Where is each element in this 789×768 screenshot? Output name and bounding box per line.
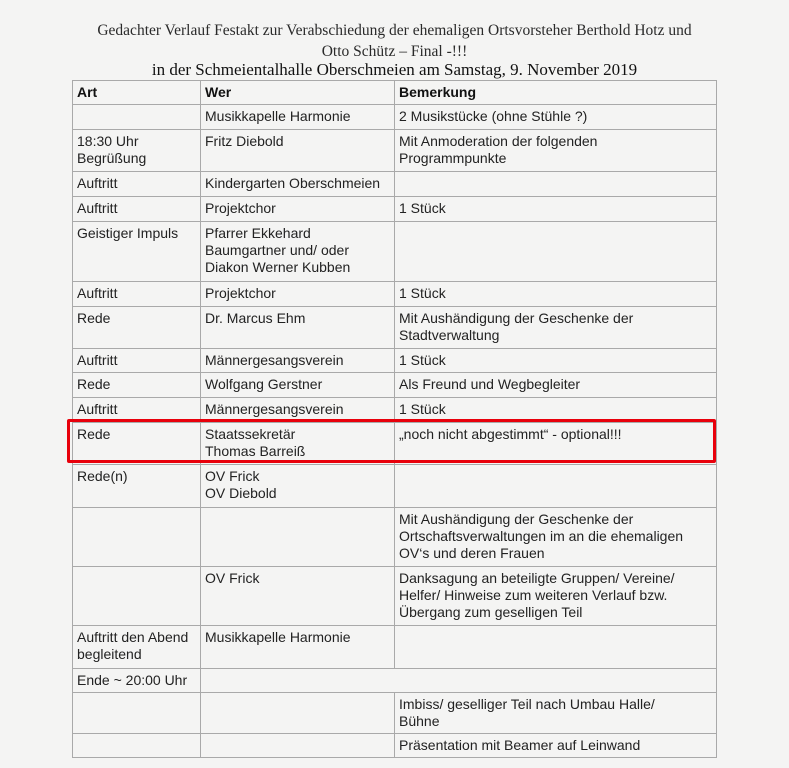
- cell-art: [73, 508, 201, 567]
- schedule-table: Art Wer Bemerkung Musikkapelle Harmonie …: [72, 80, 717, 758]
- cell-art: Auftritt: [73, 172, 201, 197]
- table-row: Auftritt Männergesangsverein 1 Stück: [73, 349, 717, 373]
- cell-wer: Männergesangsverein: [201, 398, 395, 423]
- cell-wer: Fritz Diebold: [201, 130, 395, 172]
- cell-bemerkung: [395, 172, 717, 197]
- cell-wer: Pfarrer Ekkehard Baumgartner und/ oder D…: [201, 222, 395, 282]
- cell-art: Rede: [73, 307, 201, 349]
- cell-wer: [201, 693, 395, 734]
- cell-bemerkung: 1 Stück: [395, 349, 717, 373]
- document-title-line-1: Gedachter Verlauf Festakt zur Verabschie…: [0, 22, 789, 40]
- cell-wer: Projektchor: [201, 197, 395, 222]
- cell-wer: OV Frick: [201, 567, 395, 626]
- table-row: Auftritt Projektchor 1 Stück: [73, 197, 717, 222]
- table-row: Musikkapelle Harmonie 2 Musikstücke (ohn…: [73, 105, 717, 130]
- cell-wer: Musikkapelle Harmonie: [201, 626, 395, 669]
- document-subtitle: in der Schmeientalhalle Oberschmeien am …: [0, 60, 789, 80]
- cell-bemerkung: [395, 222, 717, 282]
- table-row: Auftritt Projektchor 1 Stück: [73, 282, 717, 307]
- table-row: Ende ~ 20:00 Uhr: [73, 669, 717, 693]
- table-row: Rede Wolfgang Gerstner Als Freund und We…: [73, 373, 717, 398]
- cell-bemerkung: Imbiss/ geselliger Teil nach Umbau Halle…: [395, 693, 717, 734]
- cell-wer: [201, 508, 395, 567]
- header-wer: Wer: [201, 81, 395, 105]
- cell-art: Rede(n): [73, 465, 201, 508]
- cell-bemerkung: Danksagung an beteiligte Gruppen/ Verein…: [395, 567, 717, 626]
- cell-wer: Männergesangsverein: [201, 349, 395, 373]
- table-row: Auftritt Männergesangsverein 1 Stück: [73, 398, 717, 423]
- table-row: Auftritt den Abend begleitend Musikkapel…: [73, 626, 717, 669]
- cell-bemerkung: [395, 465, 717, 508]
- cell-bemerkung: 1 Stück: [395, 197, 717, 222]
- header-bemerkung: Bemerkung: [395, 81, 717, 105]
- cell-art: 18:30 Uhr Begrüßung: [73, 130, 201, 172]
- cell-art: Rede: [73, 373, 201, 398]
- cell-bemerkung: 2 Musikstücke (ohne Stühle ?): [395, 105, 717, 130]
- table-row: 18:30 Uhr Begrüßung Fritz Diebold Mit An…: [73, 130, 717, 172]
- cell-bemerkung: Als Freund und Wegbegleiter: [395, 373, 717, 398]
- cell-wer: OV Frick OV Diebold: [201, 465, 395, 508]
- table-row: Geistiger Impuls Pfarrer Ekkehard Baumga…: [73, 222, 717, 282]
- cell-wer: Staatssekretär Thomas Barreiß: [201, 423, 395, 465]
- cell-bemerkung: „noch nicht abgestimmt“ - optional!!!: [395, 423, 717, 465]
- cell-art: Auftritt: [73, 398, 201, 423]
- cell-bemerkung: 1 Stück: [395, 398, 717, 423]
- table-row: Imbiss/ geselliger Teil nach Umbau Halle…: [73, 693, 717, 734]
- cell-bemerkung: Mit Aushändigung der Geschenke der Ortsc…: [395, 508, 717, 567]
- cell-wer: Kindergarten Oberschmeien: [201, 172, 395, 197]
- cell-art: Auftritt: [73, 197, 201, 222]
- cell-wer: Projektchor: [201, 282, 395, 307]
- cell-bemerkung: Präsentation mit Beamer auf Leinwand: [395, 734, 717, 758]
- table-row: Rede(n) OV Frick OV Diebold: [73, 465, 717, 508]
- cell-art: Auftritt: [73, 349, 201, 373]
- document-title-line-2: Otto Schütz – Final -!!!: [0, 43, 789, 61]
- cell-art: Auftritt: [73, 282, 201, 307]
- cell-art: [73, 734, 201, 758]
- cell-wer: Wolfgang Gerstner: [201, 373, 395, 398]
- table-row: Mit Aushändigung der Geschenke der Ortsc…: [73, 508, 717, 567]
- cell-art: Ende ~ 20:00 Uhr: [73, 669, 201, 693]
- cell-art: [73, 105, 201, 130]
- cell-bemerkung: Mit Anmoderation der folgenden Programmp…: [395, 130, 717, 172]
- cell-wer: Dr. Marcus Ehm: [201, 307, 395, 349]
- cell-bemerkung: 1 Stück: [395, 282, 717, 307]
- cell-merged: [201, 669, 717, 693]
- table-row: Präsentation mit Beamer auf Leinwand: [73, 734, 717, 758]
- cell-art: Auftritt den Abend begleitend: [73, 626, 201, 669]
- table-row: OV Frick Danksagung an beteiligte Gruppe…: [73, 567, 717, 626]
- cell-bemerkung: Mit Aushändigung der Geschenke der Stadt…: [395, 307, 717, 349]
- cell-art: Rede: [73, 423, 201, 465]
- cell-art: [73, 693, 201, 734]
- cell-wer: Musikkapelle Harmonie: [201, 105, 395, 130]
- table-header-row: Art Wer Bemerkung: [73, 81, 717, 105]
- cell-bemerkung: [395, 626, 717, 669]
- cell-art: Geistiger Impuls: [73, 222, 201, 282]
- cell-art: [73, 567, 201, 626]
- header-art: Art: [73, 81, 201, 105]
- cell-wer: [201, 734, 395, 758]
- table-row: Auftritt Kindergarten Oberschmeien: [73, 172, 717, 197]
- table-row: Rede Dr. Marcus Ehm Mit Aushändigung der…: [73, 307, 717, 349]
- table-row-highlighted: Rede Staatssekretär Thomas Barreiß „noch…: [73, 423, 717, 465]
